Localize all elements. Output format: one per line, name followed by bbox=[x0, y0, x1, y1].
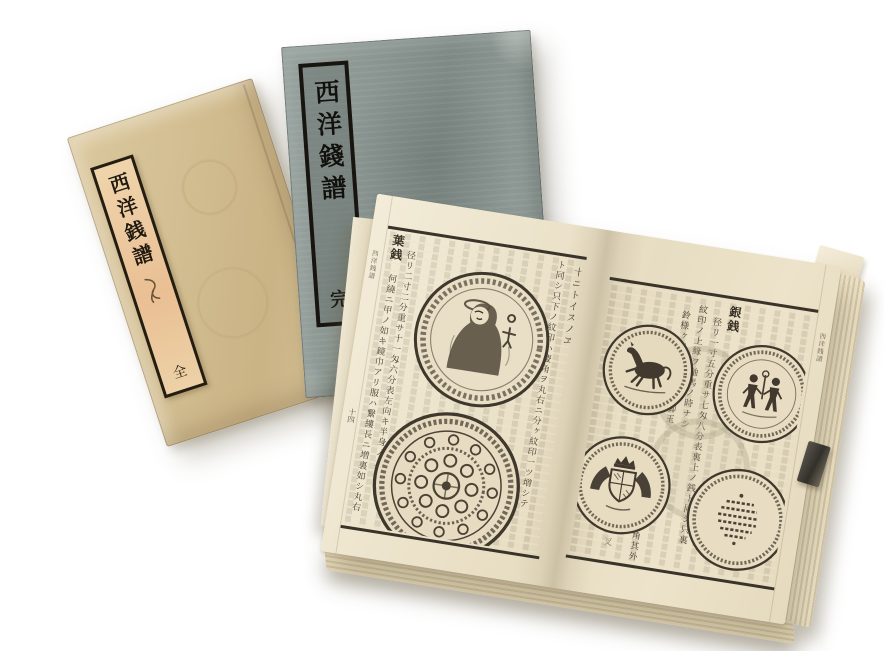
photo-of-books: 西洋銭譜 全 西洋錢譜 完 西洋銭譜 十四 bbox=[0, 0, 884, 651]
open-spread: 西洋銭譜 十四 葉銭 径リ二寸二分重サ十一匁六分表左向キ半身ノ人 何繞ニ甲ノ如キ… bbox=[321, 193, 842, 624]
brush-flourish-icon bbox=[140, 274, 166, 306]
prancing-horse-coin bbox=[594, 316, 702, 424]
open-book: 西洋銭譜 十四 葉銭 径リ二寸二分重サ十一匁六分表左向キ半身ノ人 何繞ニ甲ノ如キ… bbox=[321, 193, 842, 624]
ornate-rosette-coin bbox=[361, 400, 533, 554]
crowned-arms-coin bbox=[569, 427, 680, 544]
title-slip-tan: 西洋銭譜 全 bbox=[90, 154, 208, 398]
book-title: 西洋銭譜 bbox=[102, 169, 160, 273]
book-title: 西洋錢譜 bbox=[306, 78, 351, 208]
volume-mark: 全 bbox=[170, 360, 189, 383]
margin-title: 西洋銭譜 bbox=[814, 332, 828, 363]
bust-with-halo-coin bbox=[403, 261, 561, 419]
margin-title: 西洋銭譜 bbox=[367, 249, 381, 280]
